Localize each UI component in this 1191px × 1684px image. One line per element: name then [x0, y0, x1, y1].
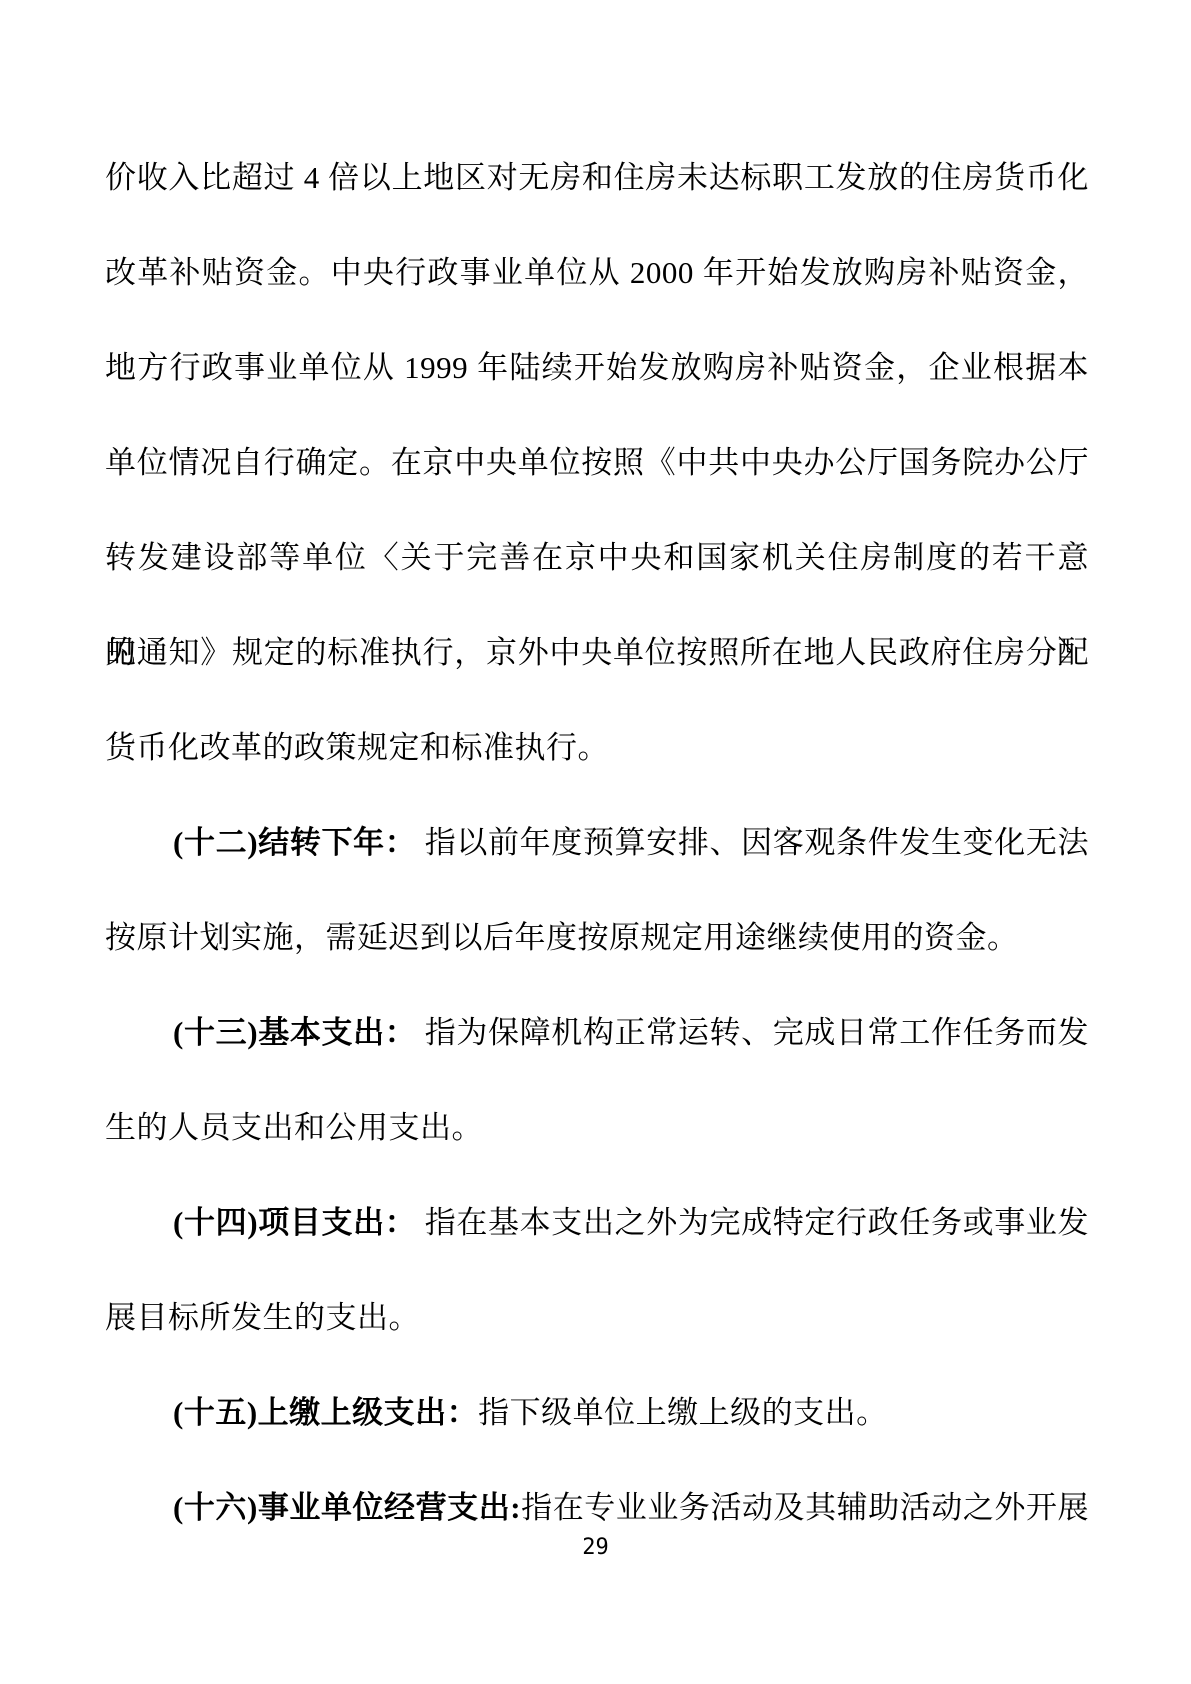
term-heading: (十五)上缴上级支出：: [173, 1395, 478, 1430]
text-line: (十三)基本支出： 指为保障机构正常运转、完成日常工作任务而发: [105, 985, 1089, 1080]
text-line: 地方行政事业单位从 1999 年陆续开始发放购房补贴资金，企业根据本: [105, 320, 1089, 415]
body-text: 指在基本支出之外为完成特定行政任务或事业发: [416, 1205, 1089, 1240]
body-text: 地方行政事业单位从 1999 年陆续开始发放购房补贴资金，企业根据本: [105, 350, 1089, 385]
body-text: 单位情况自行确定。在京中央单位按照《中共中央办公厅国务院办公厅: [105, 445, 1089, 480]
text-line: 单位情况自行确定。在京中央单位按照《中共中央办公厅国务院办公厅: [105, 415, 1089, 510]
text-line: (十五)上缴上级支出：指下级单位上缴上级的支出。: [105, 1365, 1089, 1460]
body-text: 按原计划实施，需延迟到以后年度按原规定用途继续使用的资金。: [105, 920, 1019, 955]
term-heading: (十三)基本支出：: [173, 1015, 416, 1050]
body-text: 展目标所发生的支出。: [105, 1300, 420, 1335]
page-body: 价收入比超过 4 倍以上地区对无房和住房未达标职工发放的住房货币化改革补贴资金。…: [105, 130, 1089, 1555]
document-page: 价收入比超过 4 倍以上地区对无房和住房未达标职工发放的住房货币化改革补贴资金。…: [0, 0, 1191, 1684]
body-text: 的通知》规定的标准执行，京外中央单位按照所在地人民政府住房分配: [105, 635, 1089, 670]
text-line: 改革补贴资金。中央行政事业单位从 2000 年开始发放购房补贴资金，: [105, 225, 1089, 320]
body-text: 指以前年度预算安排、因客观条件发生变化无法: [416, 825, 1089, 860]
text-line: (十四)项目支出： 指在基本支出之外为完成特定行政任务或事业发: [105, 1175, 1089, 1270]
text-line: 按原计划实施，需延迟到以后年度按原规定用途继续使用的资金。: [105, 890, 1089, 985]
term-heading: (十二)结转下年：: [173, 825, 416, 860]
body-text: 货币化改革的政策规定和标准执行。: [105, 730, 609, 765]
term-heading: (十六)事业单位经营支出:: [173, 1490, 521, 1525]
text-line: 货币化改革的政策规定和标准执行。: [105, 700, 1089, 795]
term-heading: (十四)项目支出：: [173, 1205, 416, 1240]
body-text: 价收入比超过 4 倍以上地区对无房和住房未达标职工发放的住房货币化: [105, 160, 1089, 195]
text-line: 的通知》规定的标准执行，京外中央单位按照所在地人民政府住房分配: [105, 605, 1089, 700]
page-number: 29: [0, 1534, 1191, 1562]
text-line: 展目标所发生的支出。: [105, 1270, 1089, 1365]
body-text: 指下级单位上缴上级的支出。: [478, 1395, 888, 1430]
body-text: 指在专业业务活动及其辅助活动之外开展: [521, 1490, 1089, 1525]
text-line: 转发建设部等单位〈关于完善在京中央和国家机关住房制度的若干意见〉: [105, 510, 1089, 605]
text-line: (十二)结转下年： 指以前年度预算安排、因客观条件发生变化无法: [105, 795, 1089, 890]
body-text: 改革补贴资金。中央行政事业单位从 2000 年开始发放购房补贴资金，: [105, 255, 1089, 290]
text-line: 价收入比超过 4 倍以上地区对无房和住房未达标职工发放的住房货币化: [105, 130, 1089, 225]
body-text: 生的人员支出和公用支出。: [105, 1110, 483, 1145]
body-text: 指为保障机构正常运转、完成日常工作任务而发: [416, 1015, 1089, 1050]
text-line: 生的人员支出和公用支出。: [105, 1080, 1089, 1175]
